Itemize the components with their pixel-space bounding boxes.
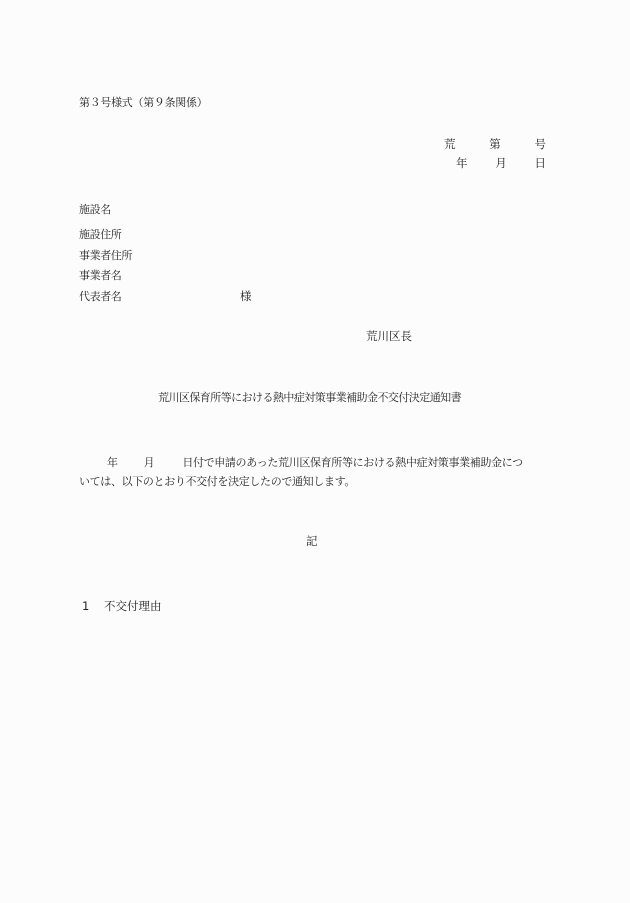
operator-name-label: 事業者名 — [79, 270, 121, 281]
issuer: 荒川区長 — [366, 331, 412, 343]
doc-number-prefix: 荒 — [444, 139, 456, 151]
body-year: 年 — [107, 456, 118, 469]
body-text-line-2: いては、以下のとおり不交付を決定したので通知します。 — [79, 476, 355, 487]
date-month: 月 — [495, 158, 507, 170]
ki-heading: 記 — [306, 536, 318, 548]
item-number: 1 — [82, 601, 104, 613]
doc-number-dai: 第 — [489, 139, 501, 151]
body-line-1-rest: 日付で申請のあった荒川区保育所等における熱中症対策事業補助金につ — [182, 456, 522, 469]
document-number-row: 荒 第 号 — [444, 139, 546, 151]
item-label: 不交付理由 — [104, 599, 162, 613]
form-number: 第３号様式（第９条関係） — [79, 97, 207, 108]
operator-address-label: 事業者住所 — [79, 250, 132, 261]
facility-name-label: 施設名 — [79, 204, 111, 215]
facility-address-label: 施設住所 — [79, 229, 121, 240]
date-day: 日 — [535, 158, 547, 170]
document-title: 荒川区保育所等における熱中症対策事業補助金不交付決定通知書 — [158, 392, 461, 403]
body-text-line-1: 年月日付で申請のあった荒川区保育所等における熱中症対策事業補助金につ — [79, 457, 523, 468]
date-year: 年 — [456, 158, 468, 170]
honorific: 様 — [240, 291, 252, 303]
body-month: 月 — [144, 456, 155, 469]
issue-date-row: 年 月 日 — [456, 158, 546, 170]
doc-number-go: 号 — [535, 139, 547, 151]
list-item: 1不交付理由 — [82, 601, 162, 613]
representative-name-label: 代表者名 — [79, 291, 121, 302]
